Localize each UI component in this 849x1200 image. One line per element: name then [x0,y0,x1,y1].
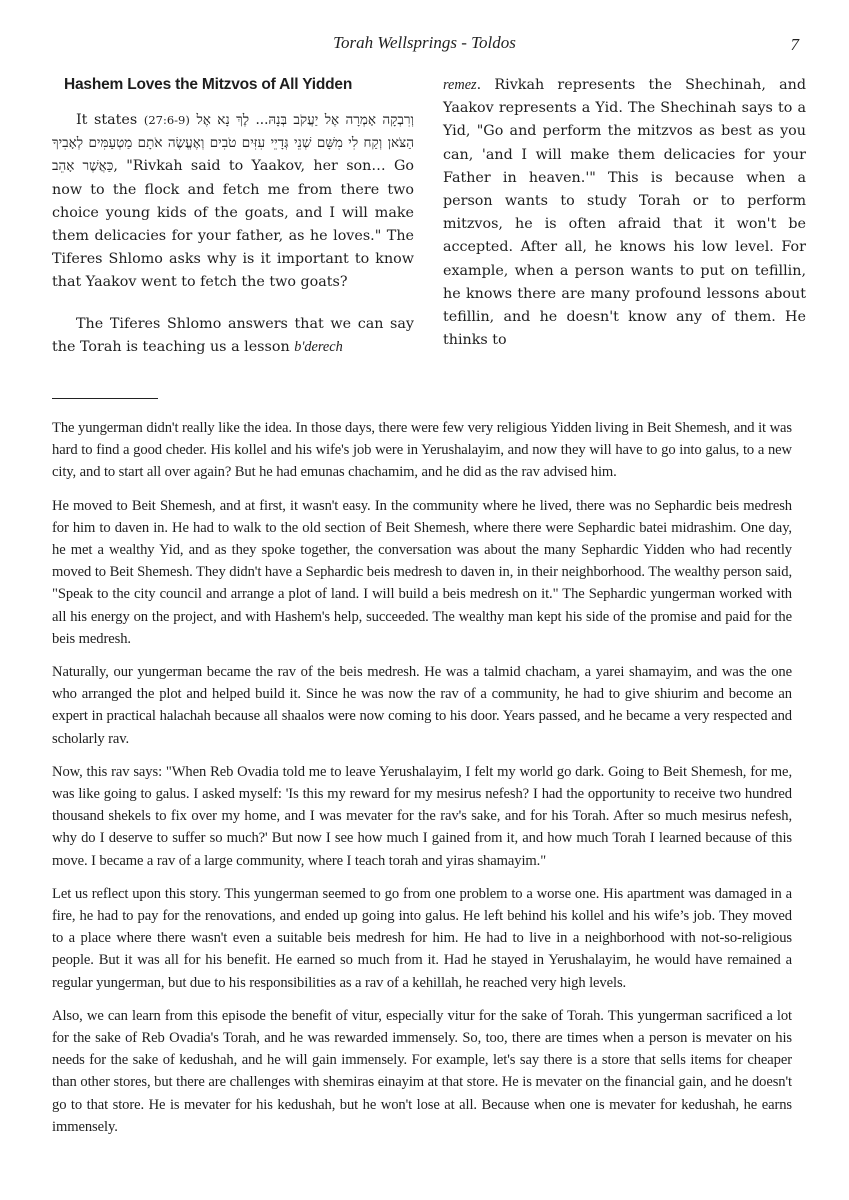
body-paragraph: It states (27:6-9) וְרִבְקָה אָמְרָה אֶל… [52,109,414,295]
paragraph-text: . Rivkah represents the Shechinah, and Y… [443,77,806,348]
footnote-paragraph: Also, we can learn from this episode the… [52,1005,792,1138]
paragraph-text: , "Rivkah said to Yaakov, her son… Go no… [52,158,414,290]
paragraph-text: The Tiferes Shlomo answers that we can s… [52,316,414,355]
footnote-paragraph: Now, this rav says: "When Reb Ovadia tol… [52,761,792,872]
body-paragraph: The Tiferes Shlomo answers that we can s… [52,313,414,359]
document-page: Torah Wellsprings - Toldos 7 Hashem Love… [0,0,849,1200]
body-paragraph: remez. Rivkah represents the Shechinah, … [443,74,806,352]
footnote-divider [52,398,158,399]
section-heading: Hashem Loves the Mitzvos of All Yidden [64,74,414,96]
italic-term: b'derech [294,339,343,355]
left-column: Hashem Loves the Mitzvos of All Yidden I… [52,74,414,359]
page-number: 7 [791,35,800,55]
footnote-paragraph: He moved to Beit Shemesh, and at first, … [52,495,792,650]
italic-term: remez [443,77,477,93]
paragraph-lead: It states [76,112,144,128]
footnote-paragraph: Let us reflect upon this story. This yun… [52,883,792,994]
running-title: Torah Wellsprings - Toldos [0,33,849,53]
right-column: remez. Rivkah represents the Shechinah, … [443,74,806,352]
footnote-section: The yungerman didn't really like the ide… [52,417,792,1149]
footnote-paragraph: Naturally, our yungerman became the rav … [52,661,792,750]
footnote-paragraph: The yungerman didn't really like the ide… [52,417,792,484]
verse-citation: (27:6-9) [144,113,190,127]
